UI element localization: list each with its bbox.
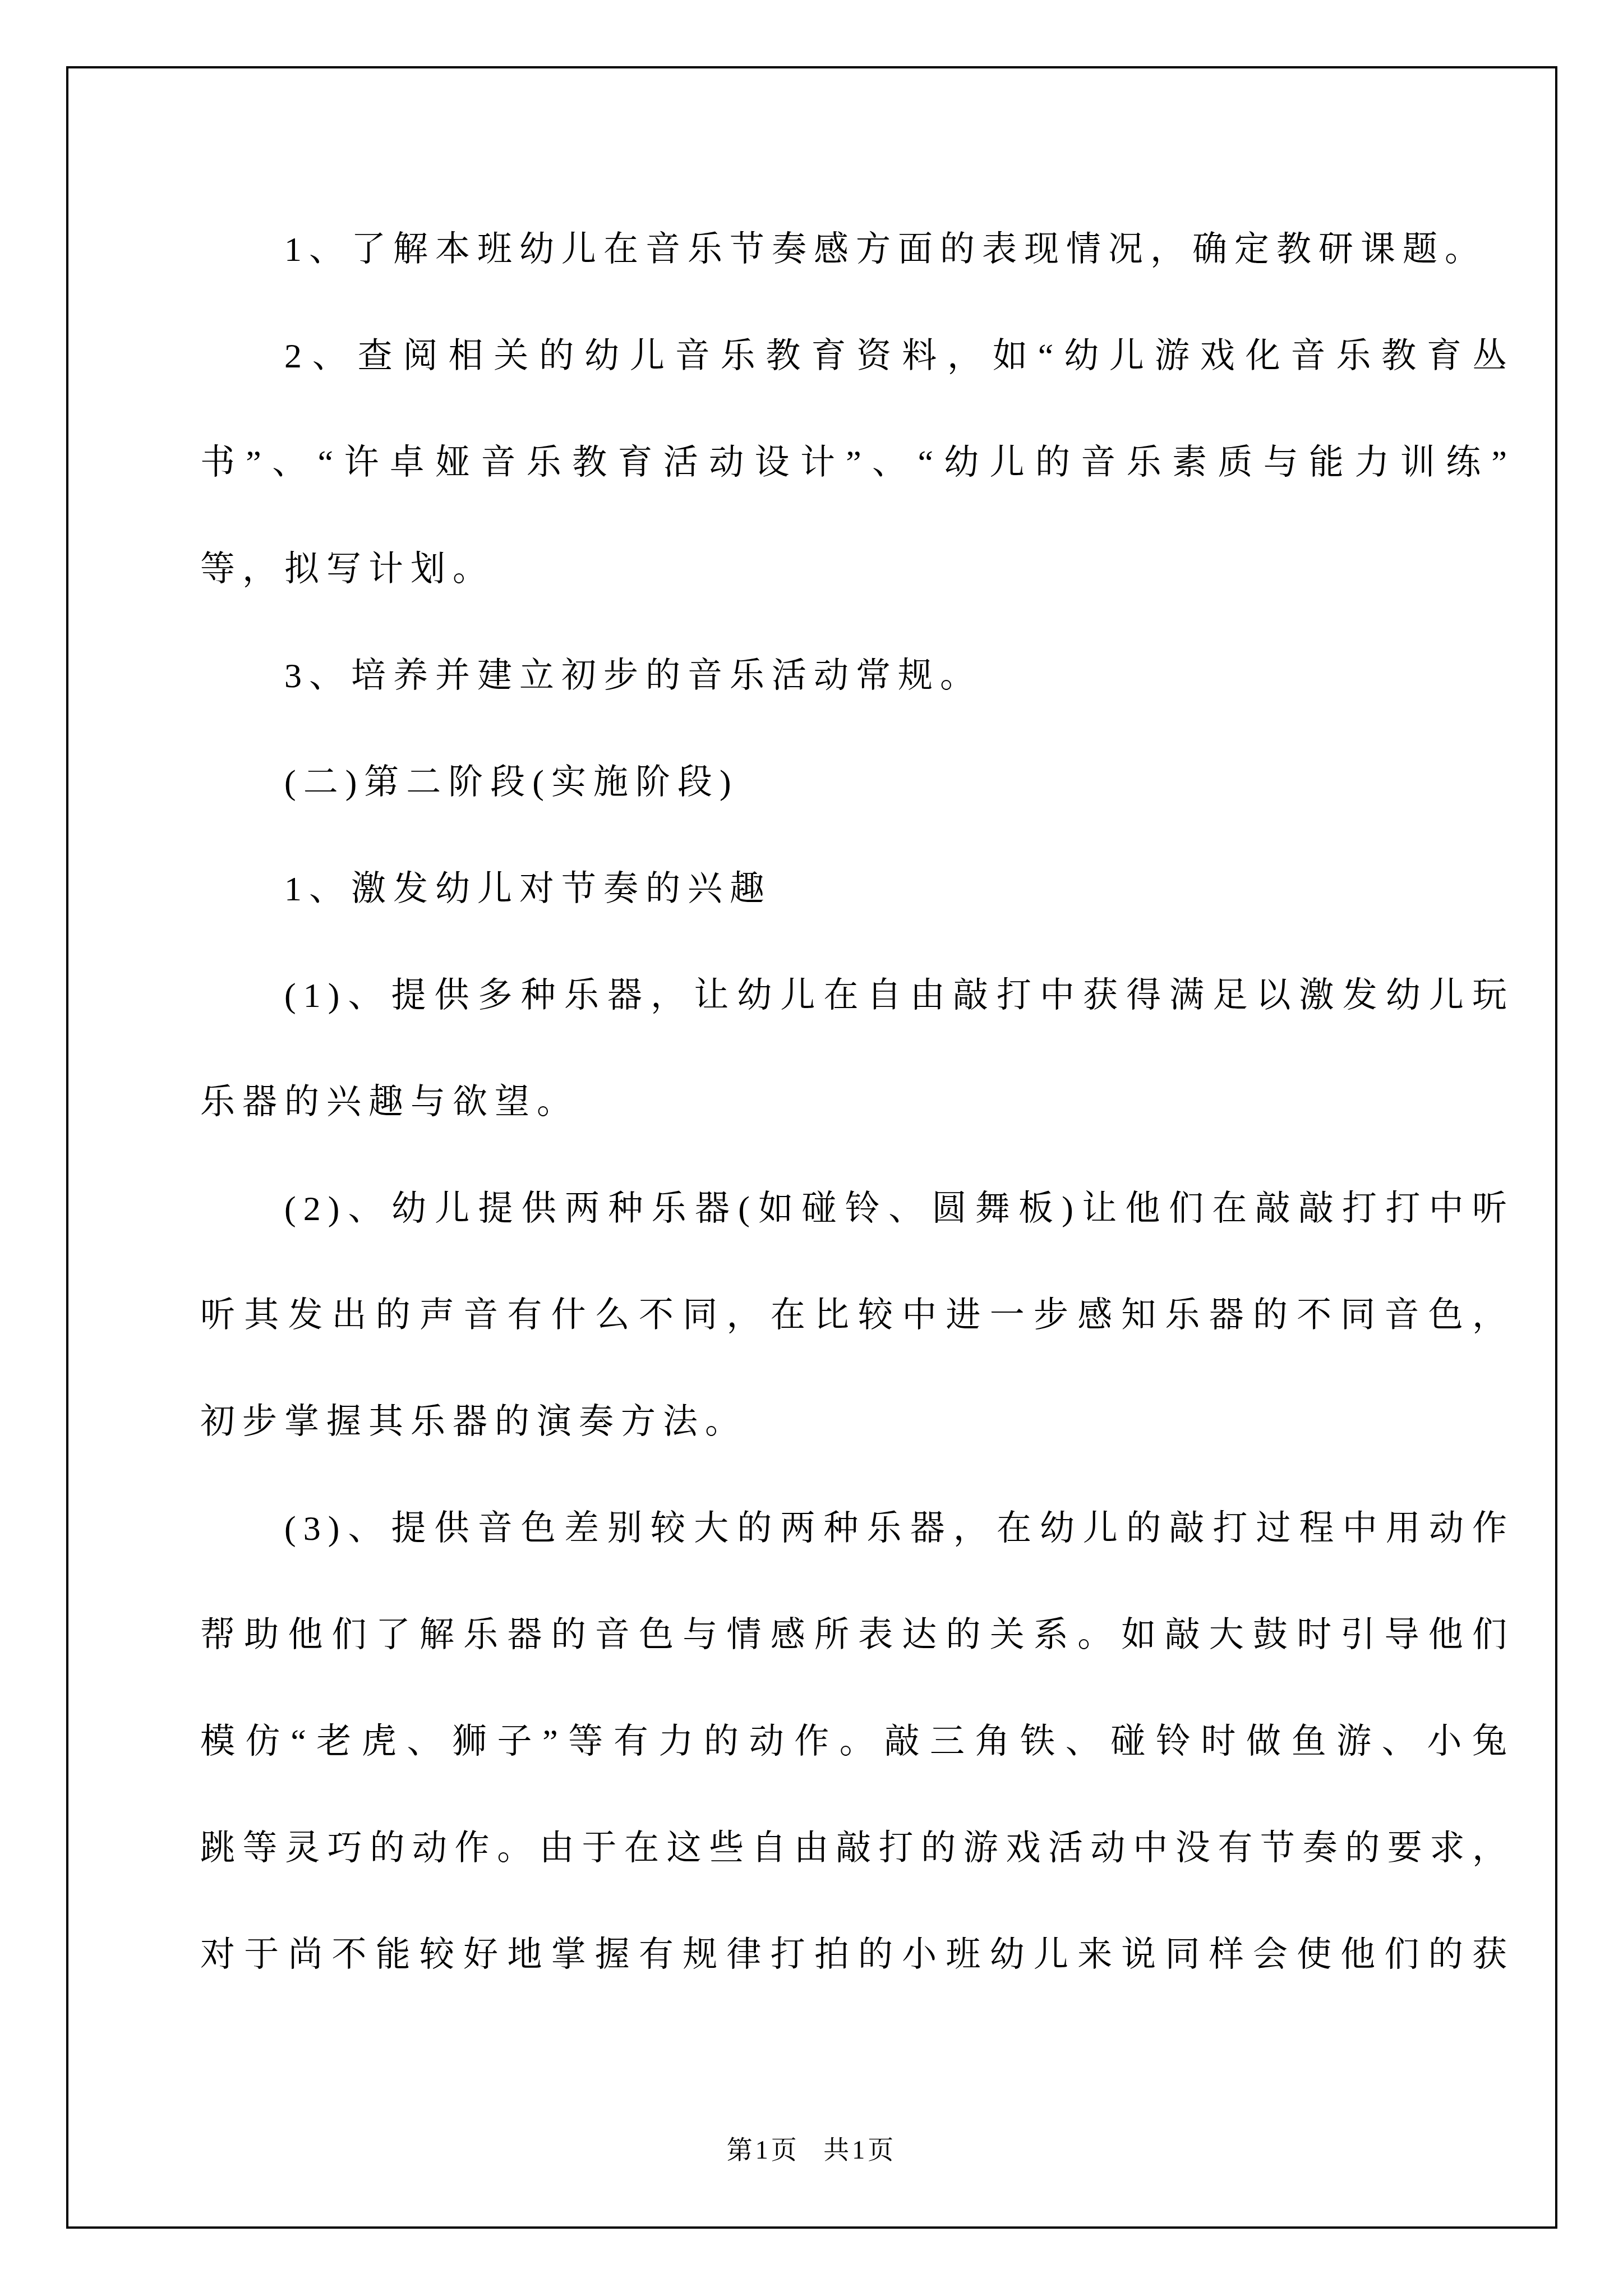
text-line: (二)第二阶段(实施阶段) bbox=[200, 729, 1514, 836]
body-text: 1、了解本班幼儿在音乐节奏感方面的表现情况，确定教研课题。 2、查阅相关的幼儿音… bbox=[200, 196, 1514, 2008]
text-line: 3、培养并建立初步的音乐活动常规。 bbox=[200, 623, 1514, 729]
text-line: 听其发出的声音有什么不同，在比较中进一步感知乐器的不同音色， bbox=[200, 1262, 1514, 1369]
text-line: 1、了解本班幼儿在音乐节奏感方面的表现情况，确定教研课题。 bbox=[200, 196, 1514, 303]
text-line: (3)、提供音色差别较大的两种乐器，在幼儿的敲打过程中用动作 bbox=[200, 1475, 1514, 1582]
text-line: 跳等灵巧的动作。由于在这些自由敲打的游戏活动中没有节奏的要求， bbox=[200, 1795, 1514, 1902]
text-line: (2)、幼儿提供两种乐器(如碰铃、圆舞板)让他们在敲敲打打中听 bbox=[200, 1156, 1514, 1262]
text-line: 等，拟写计划。 bbox=[200, 516, 1514, 623]
text-line: 对于尚不能较好地掌握有规律打拍的小班幼儿来说同样会使他们的获 bbox=[200, 1902, 1514, 2008]
text-line: (1)、提供多种乐器，让幼儿在自由敲打中获得满足以激发幼儿玩 bbox=[200, 942, 1514, 1049]
text-line: 乐器的兴趣与欲望。 bbox=[200, 1049, 1514, 1156]
text-line: 模仿“老虎、狮子”等有力的动作。敲三角铁、碰铃时做鱼游、小兔 bbox=[200, 1688, 1514, 1795]
text-line: 1、激发幼儿对节奏的兴趣 bbox=[200, 836, 1514, 942]
text-line: 初步掌握其乐器的演奏方法。 bbox=[200, 1369, 1514, 1475]
text-line: 2、查阅相关的幼儿音乐教育资料，如“幼儿游戏化音乐教育丛 bbox=[200, 303, 1514, 409]
page-number-footer: 第1页 共1页 bbox=[0, 2129, 1623, 2166]
text-line: 帮助他们了解乐器的音色与情感所表达的关系。如敲大鼓时引导他们 bbox=[200, 1582, 1514, 1688]
text-line: 书”、“许卓娅音乐教育活动设计”、“幼儿的音乐素质与能力训练” bbox=[200, 409, 1514, 516]
document-page: 1、了解本班幼儿在音乐节奏感方面的表现情况，确定教研课题。 2、查阅相关的幼儿音… bbox=[0, 0, 1623, 2296]
